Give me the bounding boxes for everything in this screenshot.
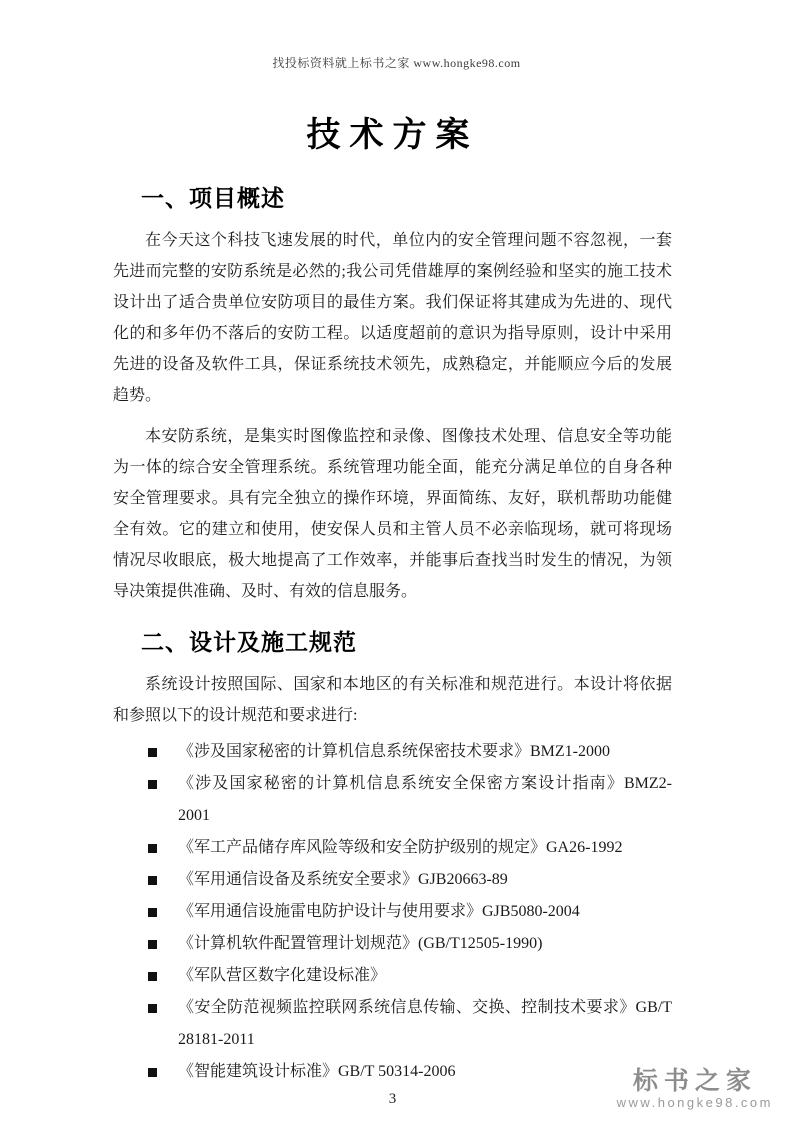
- standard-list-item: 《军工产品储存库风险等级和安全防护级别的规定》GA26-1992: [113, 832, 672, 864]
- watermark: 标书之家 www.hongke98.com: [617, 1067, 773, 1110]
- bullet-square-icon: [148, 780, 157, 789]
- standard-list-item-text: 《智能建筑设计标准》GB/T 50314-2006: [178, 1063, 456, 1080]
- standard-list-item: 《涉及国家秘密的计算机信息系统安全保密方案设计指南》BMZ2-2001: [113, 768, 672, 832]
- section-heading-2: 二、设计及施工规范: [141, 627, 672, 657]
- standard-list-item-text: 《涉及国家秘密的计算机信息系统安全保密方案设计指南》BMZ2-2001: [178, 775, 672, 824]
- bullet-square-icon: [148, 844, 157, 853]
- standards-list: 《涉及国家秘密的计算机信息系统保密技术要求》BMZ1-2000 《涉及国家秘密的…: [113, 736, 672, 1088]
- bullet-square-icon: [148, 748, 157, 757]
- paragraph: 系统设计按照国际、国家和本地区的有关标准和规范进行。本设计将依据和参照以下的设计…: [113, 669, 672, 731]
- watermark-brand-logo: 标书之家: [617, 1067, 773, 1095]
- standard-list-item-text: 《涉及国家秘密的计算机信息系统保密技术要求》BMZ1-2000: [178, 743, 610, 760]
- standard-list-item: 《计算机软件配置管理计划规范》(GB/T12505-1990): [113, 928, 672, 960]
- watermark-url: www.hongke98.com: [617, 1095, 773, 1110]
- standard-list-item: 《安全防范视频监控联网系统信息传输、交换、控制技术要求》GB/T 28181-2…: [113, 992, 672, 1056]
- standard-list-item: 《军用通信设备及系统安全要求》GJB20663-89: [113, 864, 672, 896]
- standard-list-item-text: 《军用通信设备及系统安全要求》GJB20663-89: [178, 871, 508, 888]
- document-page: 找投标资料就上标书之家 www.hongke98.com 技术方案 一、项目概述…: [0, 0, 793, 1122]
- document-title: 技术方案: [113, 112, 672, 160]
- paragraph: 本安防系统，是集实时图像监控和录像、图像技术处理、信息安全等功能为一体的综合安全…: [113, 421, 672, 607]
- standard-list-item: 《涉及国家秘密的计算机信息系统保密技术要求》BMZ1-2000: [113, 736, 672, 768]
- bullet-square-icon: [148, 876, 157, 885]
- section-heading-1: 一、项目概述: [141, 183, 672, 213]
- standard-list-item-text: 《军用通信设施雷电防护设计与使用要求》GJB5080-2004: [178, 903, 580, 920]
- bullet-square-icon: [148, 940, 157, 949]
- standard-list-item: 《军用通信设施雷电防护设计与使用要求》GJB5080-2004: [113, 896, 672, 928]
- standard-list-item-text: 《安全防范视频监控联网系统信息传输、交换、控制技术要求》GB/T 28181-2…: [178, 999, 672, 1048]
- page-header-text: 找投标资料就上标书之家 www.hongke98.com: [0, 54, 793, 71]
- standard-list-item: 《军队营区数字化建设标准》: [113, 960, 672, 992]
- standard-list-item-text: 《计算机软件配置管理计划规范》(GB/T12505-1990): [178, 935, 542, 952]
- standard-list-item-text: 《军队营区数字化建设标准》: [178, 967, 386, 984]
- bullet-square-icon: [148, 1004, 157, 1013]
- bullet-square-icon: [148, 972, 157, 981]
- standard-list-item-text: 《军工产品储存库风险等级和安全防护级别的规定》GA26-1992: [178, 839, 622, 856]
- standard-list-item: 《智能建筑设计标准》GB/T 50314-2006: [113, 1056, 672, 1088]
- bullet-square-icon: [148, 1068, 157, 1077]
- paragraph: 在今天这个科技飞速发展的时代，单位内的安全管理问题不容忽视，一套先进而完整的安防…: [113, 225, 672, 411]
- bullet-square-icon: [148, 908, 157, 917]
- page-number: 3: [113, 1091, 672, 1108]
- document-body: 技术方案 一、项目概述 在今天这个科技飞速发展的时代，单位内的安全管理问题不容忽…: [0, 0, 793, 1108]
